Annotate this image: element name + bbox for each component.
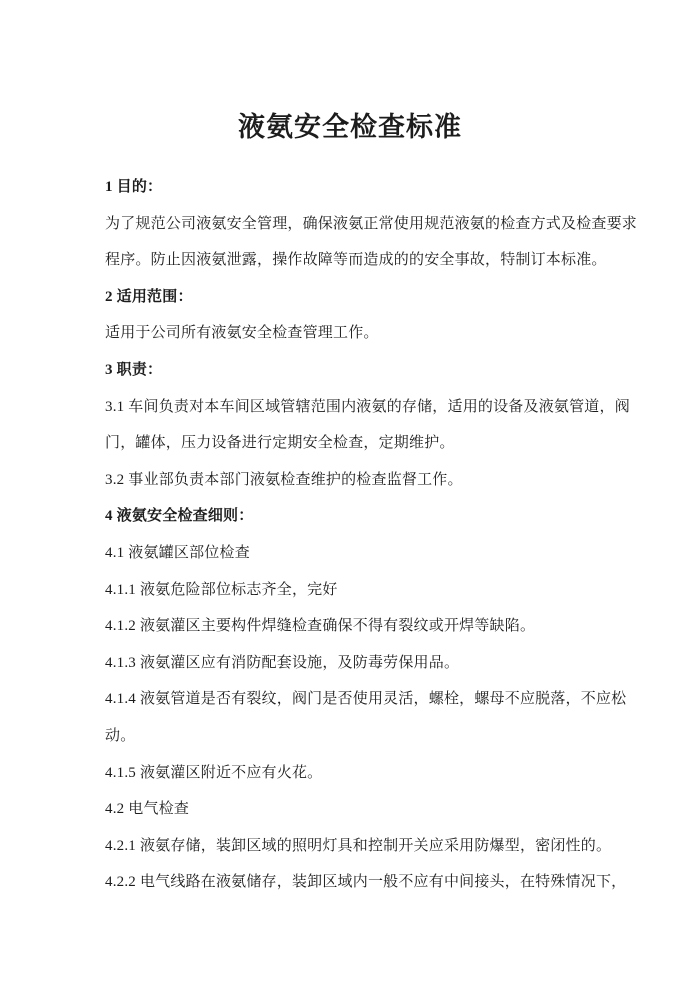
- text-line: 动。: [105, 718, 610, 755]
- document-body: 1 目的：为了规范公司液氨安全管理，确保液氨正常使用规范液氨的检查方式及检查要求…: [105, 169, 610, 901]
- text-line: 3.2 事业部负责本部门液氨检查维护的检查监督工作。: [105, 462, 610, 499]
- text-line: 4.1.2 液氨灌区主要构件焊缝检查确保不得有裂纹或开焊等缺陷。: [105, 608, 610, 645]
- text-line: 适用于公司所有液氨安全检查管理工作。: [105, 315, 610, 352]
- text-line: 4.2 电气检查: [105, 791, 610, 828]
- text-line: 4.2.1 液氨存储，装卸区域的照明灯具和控制开关应采用防爆型，密闭性的。: [105, 828, 610, 865]
- text-line: 4.2.2 电气线路在液氨储存，装卸区域内一般不应有中间接头，在特殊情况下，: [105, 864, 610, 901]
- text-line: 3.1 车间负责对本车间区域管辖范围内液氨的存储，适用的设备及液氨管道，阀: [105, 389, 610, 426]
- document-title: 液氨安全检查标准: [0, 106, 700, 148]
- document-page: 液氨安全检查标准 1 目的：为了规范公司液氨安全管理，确保液氨正常使用规范液氨的…: [0, 0, 700, 990]
- text-line: 门，罐体，压力设备进行定期安全检查，定期维护。: [105, 425, 610, 462]
- text-line: 4.1.3 液氨灌区应有消防配套设施，及防毒劳保用品。: [105, 645, 610, 682]
- heading-line: 1 目的：: [105, 169, 610, 206]
- heading-line: 4 液氨安全检查细则：: [105, 498, 610, 535]
- text-line: 4.1.5 液氨灌区附近不应有火花。: [105, 755, 610, 792]
- heading-line: 3 职责：: [105, 352, 610, 389]
- text-line: 程序。防止因液氨泄露，操作故障等而造成的的安全事故，特制订本标准。: [105, 242, 610, 279]
- text-line: 为了规范公司液氨安全管理，确保液氨正常使用规范液氨的检查方式及检查要求: [105, 206, 610, 243]
- text-line: 4.1.4 液氨管道是否有裂纹，阀门是否使用灵活，螺栓，螺母不应脱落，不应松: [105, 681, 610, 718]
- heading-line: 2 适用范围：: [105, 279, 610, 316]
- text-line: 4.1 液氨罐区部位检查: [105, 535, 610, 572]
- text-line: 4.1.1 液氨危险部位标志齐全，完好: [105, 572, 610, 609]
